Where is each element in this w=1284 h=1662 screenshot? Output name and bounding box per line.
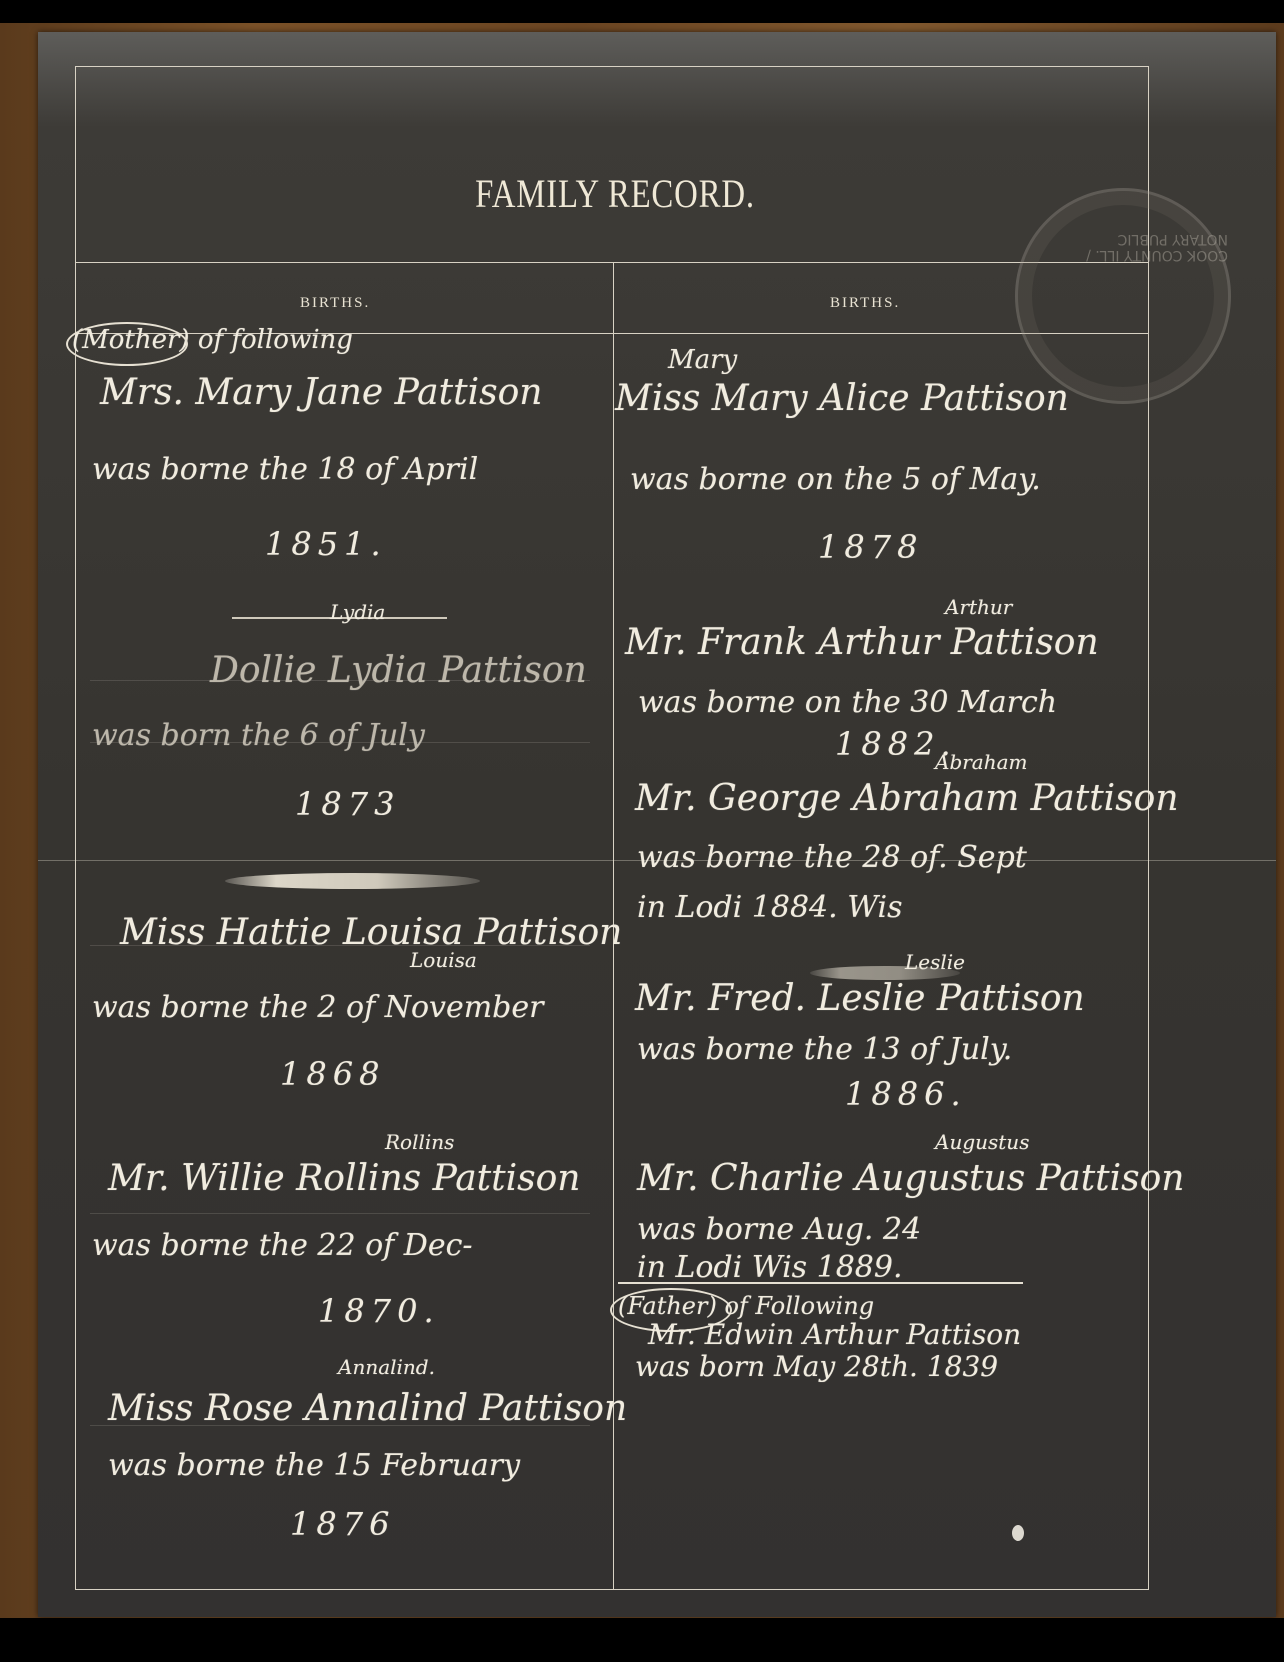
- entry-date-line: was borne the 18 of April: [92, 452, 478, 487]
- entry-date-line: was borne the 2 of November: [92, 990, 543, 1025]
- entry-place-line: in Lodi 1884. Wis: [637, 890, 903, 925]
- name-insert: Leslie: [905, 950, 965, 974]
- entry-year: 1878: [818, 528, 923, 566]
- name-insert: Lydia: [330, 600, 385, 624]
- name-insert: Abraham: [935, 750, 1028, 774]
- entry-date-line: was borne the 22 of Dec-: [92, 1228, 473, 1263]
- entry-year: 1876: [290, 1505, 395, 1543]
- page-title: FAMILY RECORD.: [111, 170, 1120, 217]
- entry-date-line: was born the 6 of July: [92, 718, 425, 753]
- entry-name: Mr. Willie Rollins Pattison: [108, 1158, 580, 1199]
- births-header-left: BIRTHS.: [300, 295, 370, 312]
- entry-name: Miss Rose Annalind Pattison: [108, 1388, 627, 1429]
- births-header-right: BIRTHS.: [830, 295, 900, 312]
- mother-circle: [66, 322, 188, 366]
- entry-date-line: was borne on the 5 of May.: [630, 462, 1041, 497]
- entry-date-line: was borne the 28 of. Sept: [637, 840, 1027, 875]
- entry-place-line: in Lodi Wis 1889.: [637, 1250, 903, 1285]
- entry-name: Mr. Frank Arthur Pattison: [625, 622, 1099, 663]
- name-insert: Louisa: [410, 948, 477, 972]
- father-note: (Father) of Following: [618, 1292, 874, 1320]
- entry-name: Mr. Charlie Augustus Pattison: [637, 1158, 1185, 1199]
- entry-name: Dollie Lydia Pattison: [210, 650, 587, 691]
- entry-date-line: was borne the 15 February: [108, 1448, 520, 1483]
- paper-spot: [1012, 1525, 1024, 1541]
- entry-date-line: was borne the 13 of July.: [637, 1032, 1012, 1067]
- name-insert: Mary: [668, 345, 737, 375]
- entry-name: Miss Mary Alice Pattison: [615, 378, 1069, 419]
- entry-year: 1868: [280, 1055, 385, 1093]
- father-name: Mr. Edwin Arthur Pattison: [648, 1318, 1021, 1351]
- entry-name: Mr. George Abraham Pattison: [635, 778, 1179, 819]
- erasure-mark: [225, 873, 480, 889]
- name-insert: Augustus: [935, 1130, 1029, 1154]
- name-insert: Annalind.: [338, 1355, 435, 1379]
- entry-year: 1873: [295, 785, 400, 823]
- name-insert: Arthur: [945, 595, 1012, 619]
- entry-name: Mrs. Mary Jane Pattison: [100, 372, 542, 413]
- entry-date-line: was borne on the 30 March: [638, 685, 1057, 720]
- title-divider: [75, 262, 1149, 263]
- separator-line: [618, 1282, 1023, 1284]
- father-birth-line: was born May 28th. 1839: [635, 1350, 998, 1383]
- entry-name: Miss Hattie Louisa Pattison: [120, 912, 622, 953]
- entry-year: 1886.: [845, 1075, 967, 1113]
- entry-year: 1870.: [318, 1292, 440, 1330]
- entry-date-line: was borne Aug. 24: [637, 1212, 921, 1247]
- entry-year: 1851.: [265, 525, 387, 563]
- entry-name: Mr. Fred. Leslie Pattison: [635, 978, 1085, 1019]
- name-insert: Rollins: [385, 1130, 454, 1154]
- notary-seal: COOK COUNTY ILL. / NOTARY PUBLIC: [1015, 188, 1231, 404]
